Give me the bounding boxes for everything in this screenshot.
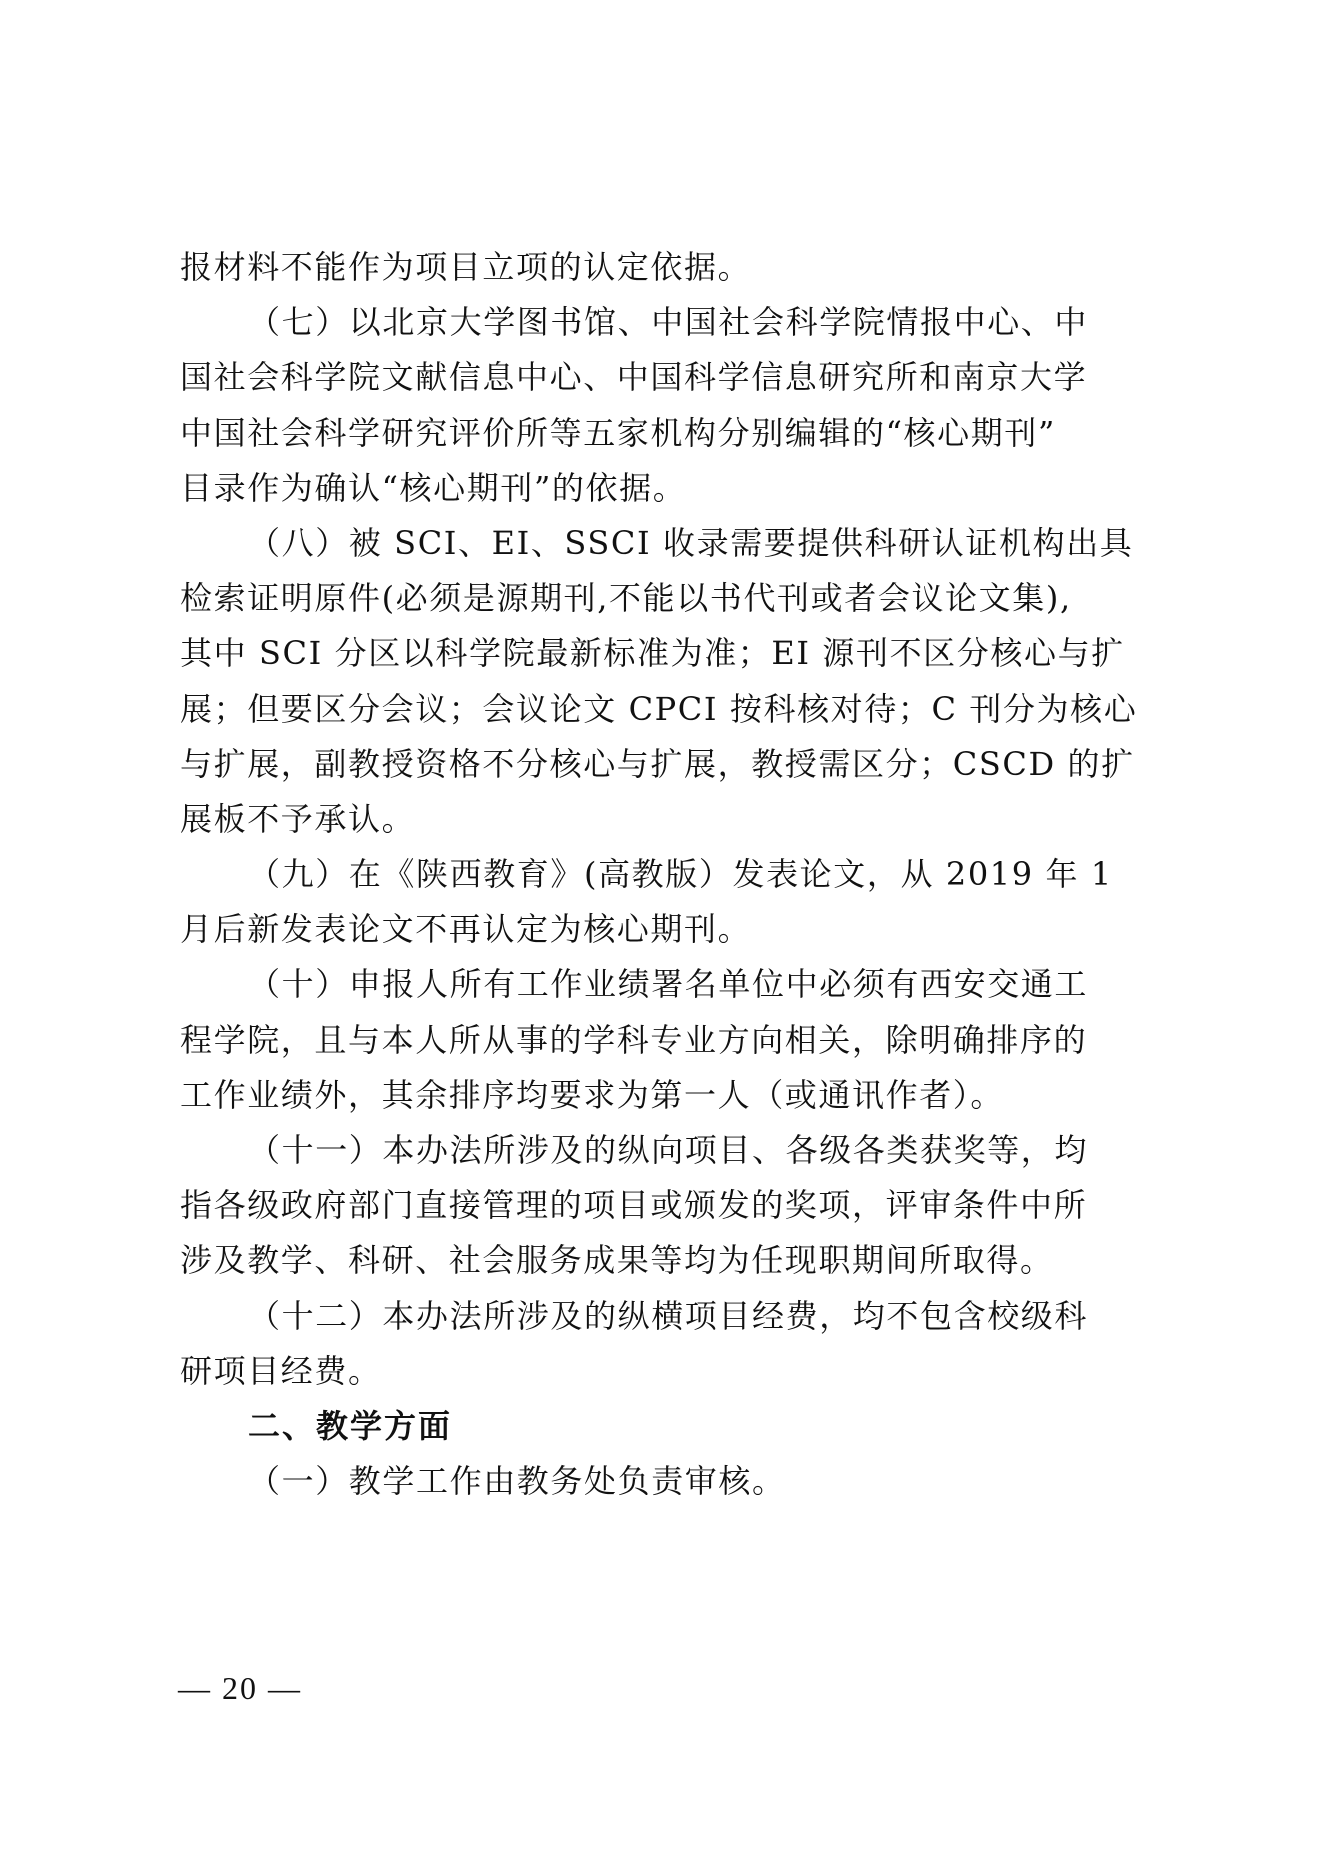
- paragraph-line: 检索证明原件(必须是源期刊,不能以书代刊或者会议论文集),: [180, 571, 1140, 626]
- paragraph-line-item-10: （十）申报人所有工作业绩署名单位中必须有西安交通工: [180, 957, 1140, 1012]
- paragraph-line: 工作业绩外，其余排序均要求为第一人（或通讯作者）。: [180, 1068, 1140, 1123]
- section-heading-teaching: 二、教学方面: [180, 1399, 1140, 1454]
- paragraph-line: 报材料不能作为项目立项的认定依据。: [180, 240, 1140, 295]
- paragraph-line: 目录作为确认“核心期刊”的依据。: [180, 461, 1140, 516]
- paragraph-line: 中国社会科学研究评价所等五家机构分别编辑的“核心期刊”: [180, 406, 1140, 461]
- paragraph-line: 其中 SCI 分区以科学院最新标准为准；EI 源刊不区分核心与扩: [180, 626, 1140, 681]
- paragraph-line: 指各级政府部门直接管理的项目或颁发的奖项，评审条件中所: [180, 1178, 1140, 1233]
- paragraph-line: 程学院，且与本人所从事的学科专业方向相关，除明确排序的: [180, 1013, 1140, 1068]
- paragraph-line: 研项目经费。: [180, 1344, 1140, 1399]
- page-number: — 20 —: [178, 1664, 302, 1712]
- paragraph-line-item-12: （十二）本办法所涉及的纵横项目经费，均不包含校级科: [180, 1289, 1140, 1344]
- paragraph-line: 展；但要区分会议；会议论文 CPCI 按科核对待；C 刊分为核心: [180, 682, 1140, 737]
- paragraph-line-item-9: （九）在《陕西教育》(高教版）发表论文，从 2019 年 1: [180, 847, 1140, 902]
- paragraph-line: 涉及教学、科研、社会服务成果等均为任现职期间所取得。: [180, 1233, 1140, 1288]
- paragraph-line-item-11: （十一）本办法所涉及的纵向项目、各级各类获奖等，均: [180, 1123, 1140, 1178]
- paragraph-line-item-7: （七）以北京大学图书馆、中国社会科学院情报中心、中: [180, 295, 1140, 350]
- paragraph-line: 国社会科学院文献信息中心、中国科学信息研究所和南京大学: [180, 350, 1140, 405]
- paragraph-line: 月后新发表论文不再认定为核心期刊。: [180, 902, 1140, 957]
- paragraph-line: 展板不予承认。: [180, 792, 1140, 847]
- paragraph-line-teaching-item-1: （一）教学工作由教务处负责审核。: [180, 1454, 1140, 1509]
- paragraph-line-item-8: （八）被 SCI、EI、SSCI 收录需要提供科研认证机构出具: [180, 516, 1140, 571]
- document-page: 报材料不能作为项目立项的认定依据。 （七）以北京大学图书馆、中国社会科学院情报中…: [180, 240, 1140, 1509]
- paragraph-line: 与扩展，副教授资格不分核心与扩展，教授需区分；CSCD 的扩: [180, 737, 1140, 792]
